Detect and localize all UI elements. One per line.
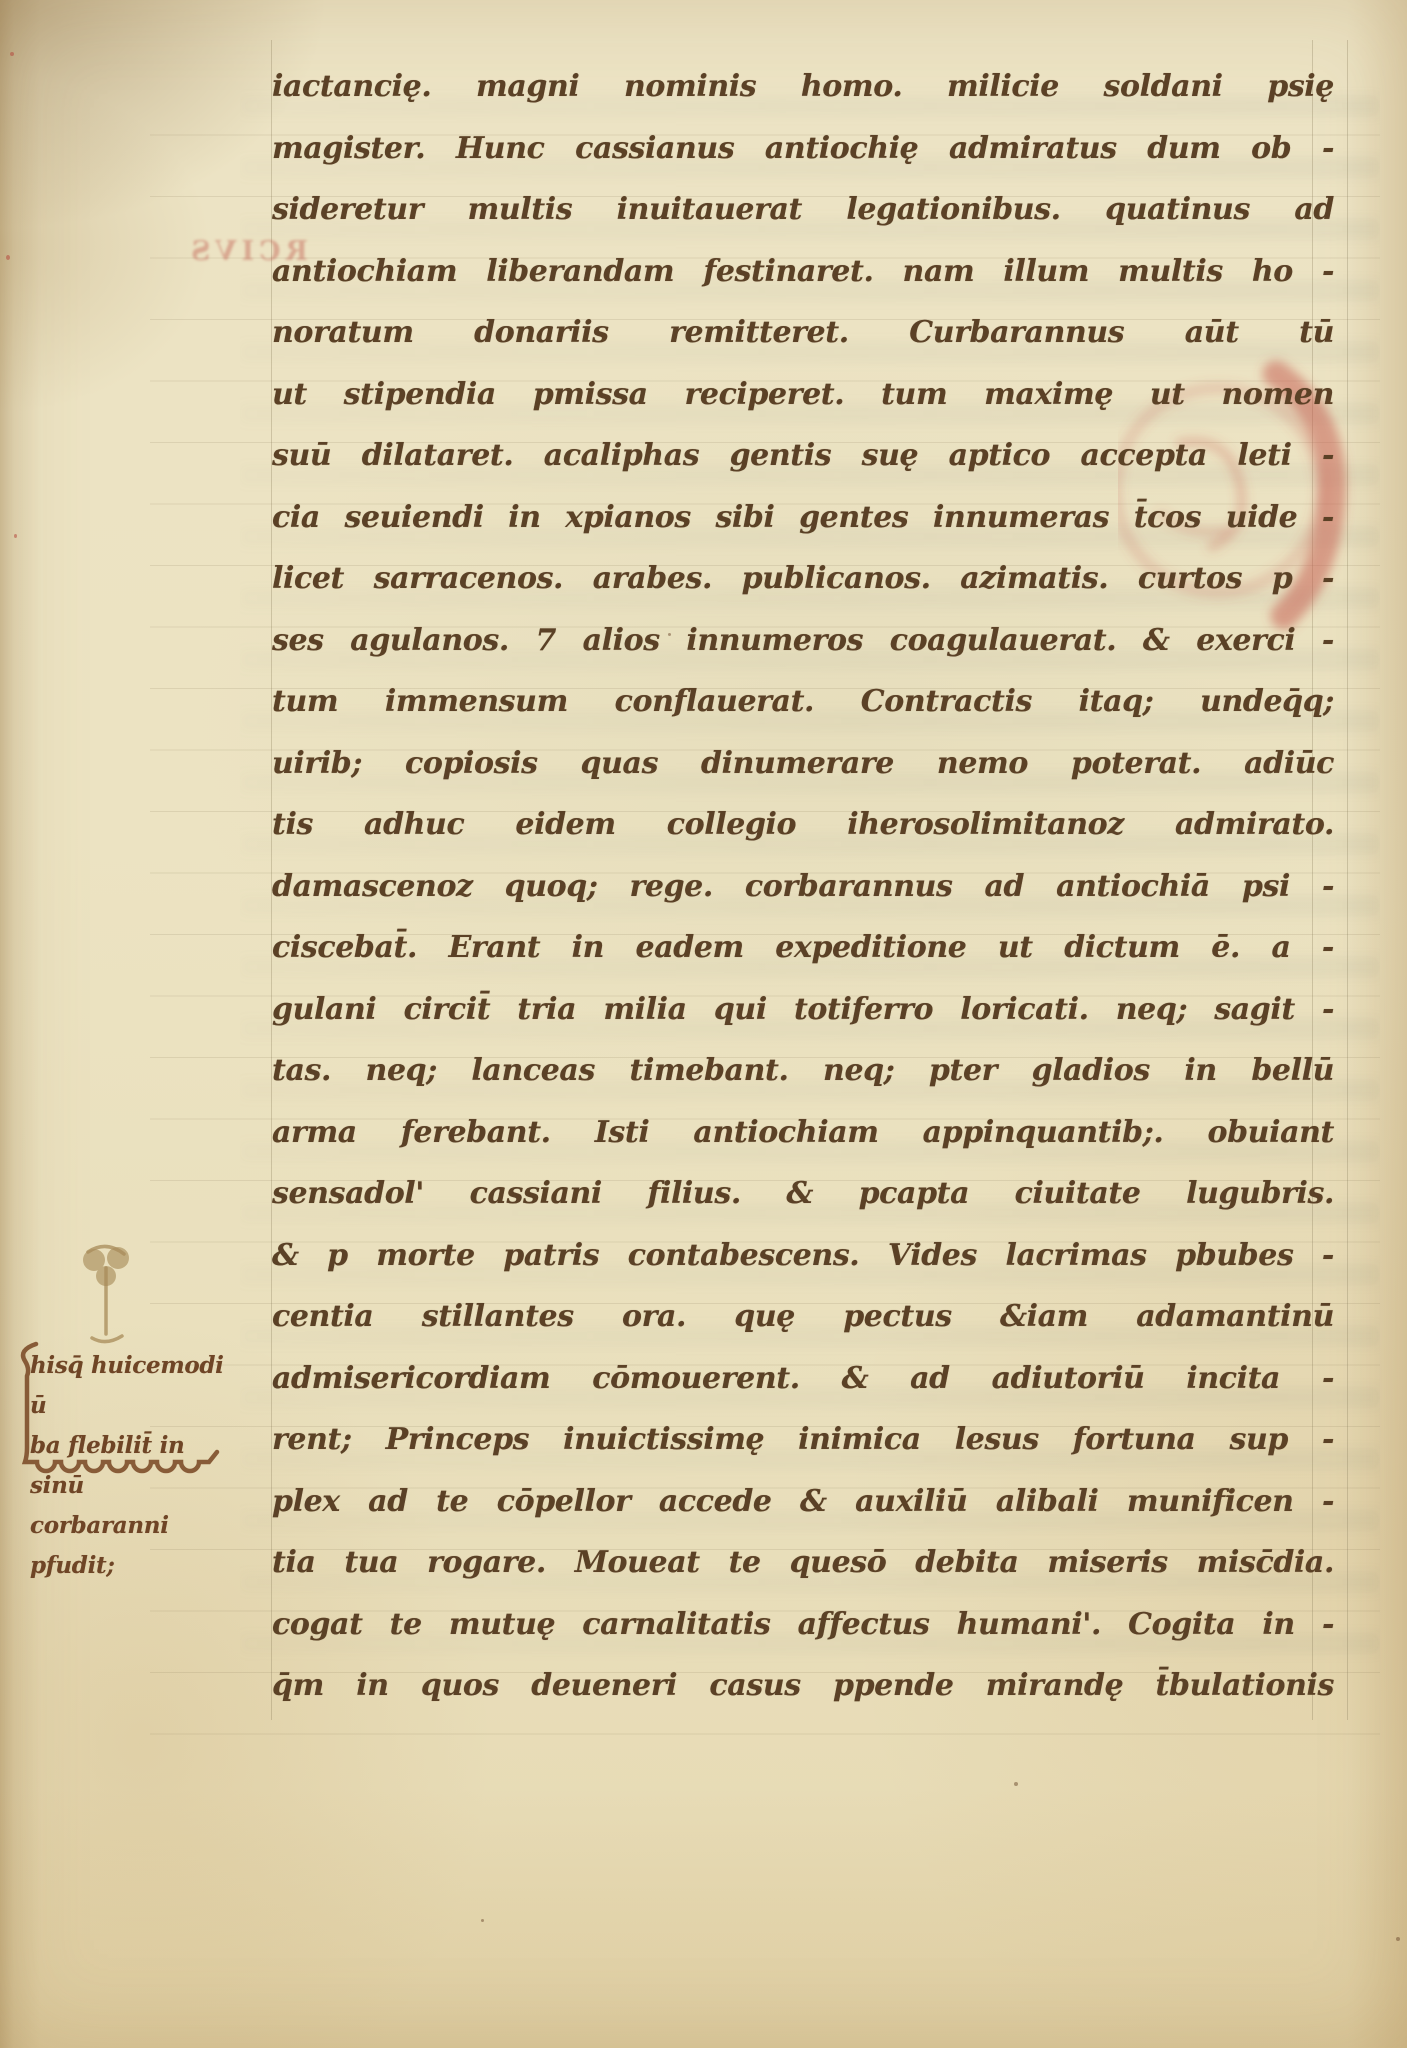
text-line: tia tua rogare. Moueat te quesō debita m… — [272, 1532, 1334, 1594]
text-line: tas. neq; lanceas timebant. neq; pter gl… — [272, 1040, 1334, 1102]
parchment-speck — [1014, 1782, 1018, 1786]
parchment-speck — [1396, 1937, 1400, 1941]
text-line: damascenoz quoq; rege. corbarannus ad an… — [272, 856, 1334, 918]
text-line: suū dilataret. acaliphas gentis suę apti… — [272, 425, 1334, 487]
text-line: ciscebat̄. Erant in eadem expeditione ut… — [272, 917, 1334, 979]
text-line: q̄m in quos deueneri casus ppende mirand… — [272, 1655, 1334, 1717]
text-line: tis adhuc eidem collegio iherosolimitano… — [272, 794, 1334, 856]
margin-note-line: hisq̄ huicemodi ū — [30, 1346, 240, 1426]
text-line: ses agulanos. 7 alios innumeros coagulau… — [272, 610, 1334, 672]
text-line: cia seuiendi in xpianos sibi gentes innu… — [272, 487, 1334, 549]
text-line: arma ferebant. Isti antiochiam appinquan… — [272, 1102, 1334, 1164]
text-line: & p morte patris contabescens. Vides lac… — [272, 1225, 1334, 1287]
parchment-speck — [668, 633, 671, 636]
text-line: magister. Hunc cassianus antiochię admir… — [272, 118, 1334, 180]
margin-note: hisq̄ huicemodi ū ba flebilit̄ in sinū c… — [30, 1346, 240, 1586]
margin-note-line: corbaranni pfudit; — [30, 1506, 240, 1586]
right-outer-ruling-line — [1347, 40, 1348, 1720]
red-speck — [14, 534, 17, 538]
main-text-block: iactancię. magni nominis homo. milicie s… — [272, 56, 1334, 1717]
text-line: sideretur multis inuitauerat legationibu… — [272, 179, 1334, 241]
manuscript-page: RCIVS iactancię. magni nominis homo. mil… — [0, 0, 1407, 2048]
text-line: uirib; copiosis quas dinumerare nemo pot… — [272, 733, 1334, 795]
text-line: ut stipendia pmissa reciperet. tum maxim… — [272, 364, 1334, 426]
red-speck — [6, 255, 10, 260]
text-line: rent; Princeps inuictissimę inimica lesu… — [272, 1409, 1334, 1471]
text-line: gulani circit̄ tria milia qui totiferro … — [272, 979, 1334, 1041]
red-speck — [10, 52, 14, 56]
text-line: cogat te mutuę carnalitatis affectus hum… — [272, 1594, 1334, 1656]
text-line: plex ad te cōpellor accede & auxiliū ali… — [272, 1471, 1334, 1533]
text-line: tum immensum conflauerat. Contractis ita… — [272, 671, 1334, 733]
text-line: sensadol' cassiani filius. & pcapta ciui… — [272, 1163, 1334, 1225]
text-line: antiochiam liberandam festinaret. nam il… — [272, 241, 1334, 303]
text-line: noratum donariis remitteret. Curbarannus… — [272, 302, 1334, 364]
text-line: admisericordiam cōmouerent. & ad adiutor… — [272, 1348, 1334, 1410]
text-line: iactancię. magni nominis homo. milicie s… — [272, 56, 1334, 118]
parchment-speck — [481, 1919, 484, 1922]
nota-mark-icon — [70, 1238, 140, 1348]
text-line: licet sarracenos. arabes. publicanos. az… — [272, 548, 1334, 610]
text-line: centia stillantes ora. quę pectus &iam a… — [272, 1286, 1334, 1348]
margin-note-line: ba flebilit̄ in sinū — [30, 1426, 240, 1506]
